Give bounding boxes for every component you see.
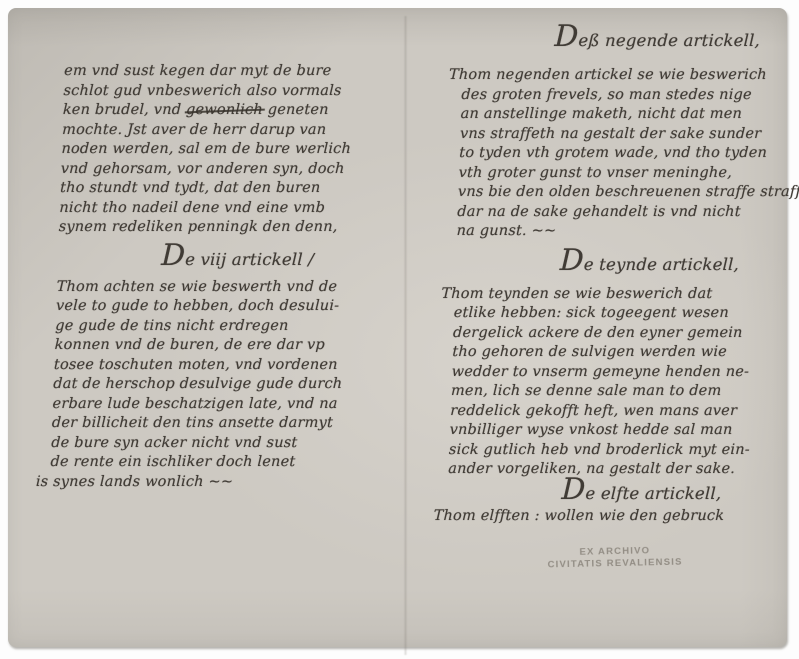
manuscript-line: Thom teynden se wie beswerich dat [441, 285, 780, 305]
manuscript-line: dar na de sake gehandelt is vnd nicht [457, 203, 783, 223]
manuscript-line: synem redeliken penningk den denn, [58, 218, 391, 238]
manuscript-line: tho gehoren de sulvigen werden wie [452, 343, 778, 363]
manuscript-line: vns straffeth na gestalt der sake sunder [460, 125, 786, 145]
manuscript-line: ander vorgeliken, na gestalt der sake. [448, 460, 774, 480]
manuscript-line: vnbilliger wyse vnkost hedde sal man [449, 421, 775, 441]
line3-pre: ken brudel, vnd [63, 102, 187, 118]
manuscript-line: reddelick gekofft heft, wen mans aver [450, 402, 776, 422]
article-10-heading: De teynde artickell, [480, 251, 799, 275]
right-paragraph-1: Thom negenden artickel se wie beswerichd… [443, 66, 787, 242]
manuscript-line: ge gude de tins nicht erdregen [55, 317, 388, 337]
manuscript-line: ken brudel, vnd gewonlich geneten [62, 101, 395, 121]
manuscript-line: vele to gude to hebben, doch desului- [56, 297, 389, 317]
archive-stamp: EX ARCHIVO CIVITATIS REVALIENSIS [520, 544, 710, 572]
manuscript-line: de rente ein ischliker doch lenet [50, 453, 383, 473]
manuscript-line: erbare lude beschatzigen late, vnd na [52, 395, 385, 415]
manuscript-line: an anstellinge maketh, nicht dat men [460, 105, 786, 125]
manuscript-line: sick gutlich heb vnd broderlick myt ein- [449, 441, 775, 461]
article-11-opening-line: Thom elfften : wollen wie den gebruck [433, 507, 772, 527]
manuscript-line: Thom negenden artickel se wie beswerich [449, 66, 788, 86]
right-page: Deß negende artickell, Thom negenden art… [433, 27, 788, 526]
manuscript-line: vth groter gunst to vnser meninghe, [458, 164, 784, 184]
manuscript-line: vns bie den olden beschreuenen straffe s… [458, 183, 784, 203]
manuscript-line: to tyden vth grotem wade, vnd tho tyden [459, 144, 785, 164]
article-11-heading: De elfte artickell, [472, 480, 799, 504]
manuscript-line: dergelick ackere de den eyner gemein [453, 324, 779, 344]
left-paragraph-2: Thom achten se wie beswerth vnd devele t… [49, 278, 388, 493]
manuscript-line: des groten frevels, so man stedes nige [461, 86, 787, 106]
manuscript-line: vnd gehorsam, vor anderen syn, doch [60, 160, 393, 180]
manuscript-line: mochte. Jst aver de herr darup van [62, 121, 395, 141]
left-page: em vnd sust kegen dar myt de bureschlot … [49, 62, 396, 492]
crossed-out-word: gewonlich [186, 102, 263, 118]
article-8-heading: De viij artickell / [71, 246, 404, 270]
right-paragraph-2: Thom teynden se wie beswerich datetlike … [435, 285, 780, 480]
manuscript-line: etlike hebben: sick togeegent wesen [453, 304, 779, 324]
manuscript-line: na gunst. ~~ [456, 222, 782, 242]
manuscript-line: em vnd sust kegen dar myt de bure [64, 62, 397, 82]
manuscript-line: tho stundt vnd tydt, dat den buren [60, 179, 393, 199]
manuscript-line: dat de herschop desulvige gude durch [53, 375, 386, 395]
manuscript-line: de bure syn acker nicht vnd sust [51, 434, 384, 454]
manuscript-line: Thom achten se wie beswerth vnd de [56, 278, 389, 298]
manuscript-line: nicht tho nadeil dene vnd eine vmb [59, 199, 392, 219]
manuscript-line: tosee toschuten moten, vnd vordenen [54, 356, 387, 376]
line3-post: geneten [263, 102, 329, 118]
manuscript-line: men, lich se denne sale man to dem [451, 382, 777, 402]
manuscript-line: schlot gud vnbeswerich also vormals [63, 82, 396, 102]
left-paragraph-1: em vnd sust kegen dar myt de bureschlot … [63, 62, 396, 101]
manuscript-line: der billicheit den tins ansette darmyt [52, 414, 385, 434]
manuscript-line: konnen vnd de buren, de ere dar vp [54, 336, 387, 356]
manuscript-line: noden werden, sal em de bure werlich [61, 140, 394, 160]
page-fold-line [404, 16, 407, 655]
left-paragraph-1-cont: mochte. Jst aver de herr darup vannoden … [58, 121, 394, 238]
article-9-heading: Deß negende artickell, [488, 27, 799, 51]
manuscript-line: is synes lands wonlich ~~ [35, 473, 382, 493]
manuscript-line: wedder to vnserm gemeyne henden ne- [451, 363, 777, 383]
